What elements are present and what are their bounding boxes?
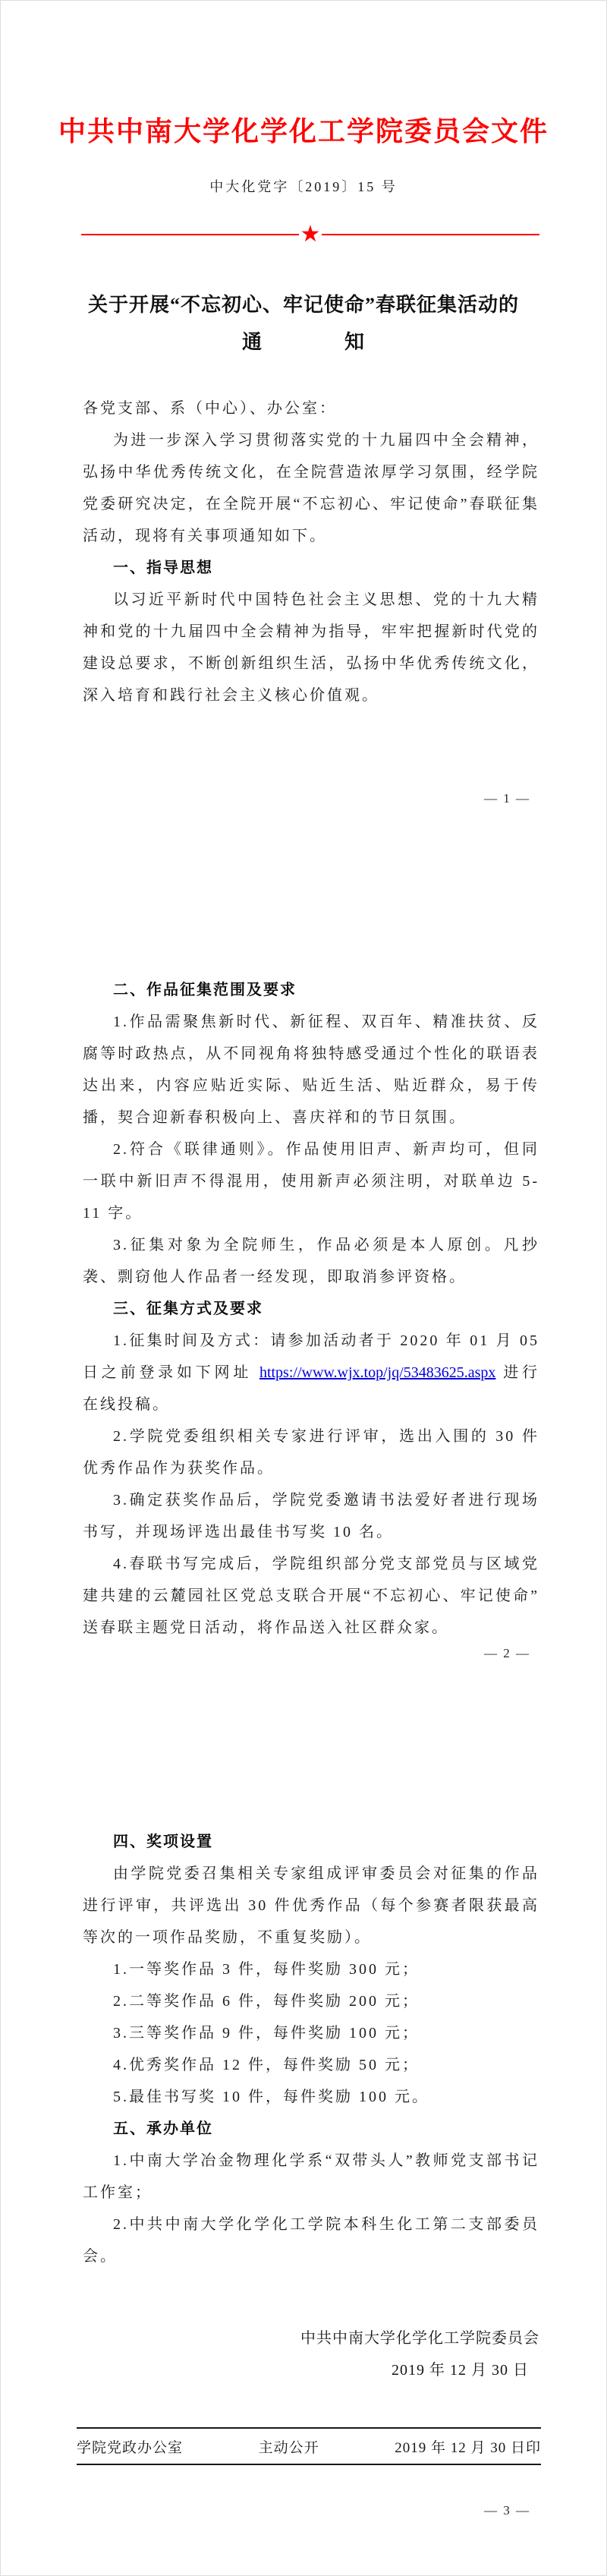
colophon-print-date: 2019 年 12 月 30 日印 — [395, 2436, 541, 2457]
document-number: 中大化党字〔2019〕15 号 — [1, 175, 606, 198]
section-heading-4: 四、奖项设置 — [83, 1826, 539, 1858]
scope-item-2: 2.符合《联律通则》。作品使用旧声、新声均可，但同一联中新旧声不得混用，使用新声… — [83, 1134, 539, 1229]
page-number-1: — 1 — — [484, 791, 530, 806]
page-number-3: — 3 — — [484, 2503, 530, 2518]
red-rule-left — [81, 234, 299, 235]
collection-time-item: 1.征集时间及方式：请参加活动者于 2020 年 01 月 05 日之前登录如下… — [83, 1325, 539, 1420]
notice-title: 关于开展“不忘初心、牢记使命”春联征集活动的 通 知 — [1, 286, 606, 361]
method-item-4: 4.春联书写完成后，学院组织部分党支部党员与区域党建共建的云麓园社区党总支联合开… — [83, 1548, 539, 1644]
red-rule-right — [322, 234, 539, 235]
award-item-2: 2.二等奖作品 6 件，每件奖励 200 元； — [83, 1985, 539, 2017]
page2-body: 二、作品征集范围及要求 1.作品需聚焦新时代、新征程、双百年、精准扶贫、反腐等时… — [83, 974, 539, 1644]
official-document-page: 中共中南大学化学化工学院委员会文件 中大化党字〔2019〕15 号 ★ 关于开展… — [0, 0, 607, 2576]
intro-paragraph: 为进一步深入学习贯彻落实党的十九届四中全会精神，弘扬中华优秀传统文化，在全院营造… — [83, 424, 539, 552]
colophon-bar: 学院党政办公室 主动公开 2019 年 12 月 30 日印 — [77, 2427, 541, 2465]
signature-org: 中共中南大学化学化工学院委员会 — [83, 2322, 539, 2354]
guiding-thought-paragraph: 以习近平新时代中国特色社会主义思想、党的十九大精神和党的十九届四中全会精神为指导… — [83, 584, 539, 711]
red-divider-rule: ★ — [81, 224, 539, 245]
signature-block: 中共中南大学化学化工学院委员会 2019 年 12 月 30 日 — [83, 2322, 539, 2386]
notice-title-line2: 通 知 — [1, 323, 606, 361]
method-item-3: 3.确定获奖作品后，学院党委邀请书法爱好者进行现场书写，并现场评选出最佳书写奖 … — [83, 1484, 539, 1548]
star-icon: ★ — [300, 224, 321, 245]
signature-date: 2019 年 12 月 30 日 — [83, 2354, 539, 2386]
section-heading-2: 二、作品征集范围及要求 — [83, 974, 539, 1006]
section-heading-5: 五、承办单位 — [83, 2113, 539, 2145]
salutation: 各党支部、系（中心）、办公室： — [83, 393, 539, 424]
letterhead-org-title: 中共中南大学化学化工学院委员会文件 — [1, 112, 606, 151]
award-item-1: 1.一等奖作品 3 件，每件奖励 300 元； — [83, 1953, 539, 1985]
award-item-5: 5.最佳书写奖 10 件，每件奖励 100 元。 — [83, 2081, 539, 2113]
organizer-item-1: 1.中南大学冶金物理化学系“双带头人”教师党支部书记工作室； — [83, 2145, 539, 2209]
section-heading-1: 一、指导思想 — [83, 552, 539, 584]
colophon-office: 学院党政办公室 — [77, 2436, 183, 2457]
award-item-4: 4.优秀奖作品 12 件，每件奖励 50 元； — [83, 2049, 539, 2081]
scope-item-3: 3.征集对象为全院师生，作品必须是本人原创。凡抄袭、剽窃他人作品者一经发现，即取… — [83, 1229, 539, 1293]
page3-body: 四、奖项设置 由学院党委召集相关专家组成评审委员会对征集的作品进行评审，共评选出… — [83, 1826, 539, 2272]
page-number-2: — 2 — — [484, 1646, 530, 1661]
section-heading-3: 三、征集方式及要求 — [83, 1293, 539, 1325]
method-item-2: 2.学院党委组织相关专家进行评审，选出入围的 30 件优秀作品作为获奖作品。 — [83, 1420, 539, 1484]
scope-item-1: 1.作品需聚焦新时代、新征程、双百年、精准扶贫、反腐等时政热点，从不同视角将独特… — [83, 1006, 539, 1134]
colophon-disclosure: 主动公开 — [259, 2436, 319, 2457]
page1-body: 各党支部、系（中心）、办公室： 为进一步深入学习贯彻落实党的十九届四中全会精神，… — [83, 393, 539, 711]
award-intro-paragraph: 由学院党委召集相关专家组成评审委员会对征集的作品进行评审，共评选出 30 件优秀… — [83, 1858, 539, 1953]
organizer-item-2: 2.中共中南大学化学化工学院本科生化工第二支部委员会。 — [83, 2209, 539, 2272]
submission-link[interactable]: https://www.wjx.top/jq/53483625.aspx — [259, 1364, 495, 1381]
award-item-3: 3.三等奖作品 9 件，每件奖励 100 元； — [83, 2017, 539, 2049]
notice-title-line1: 关于开展“不忘初心、牢记使命”春联征集活动的 — [1, 286, 606, 323]
